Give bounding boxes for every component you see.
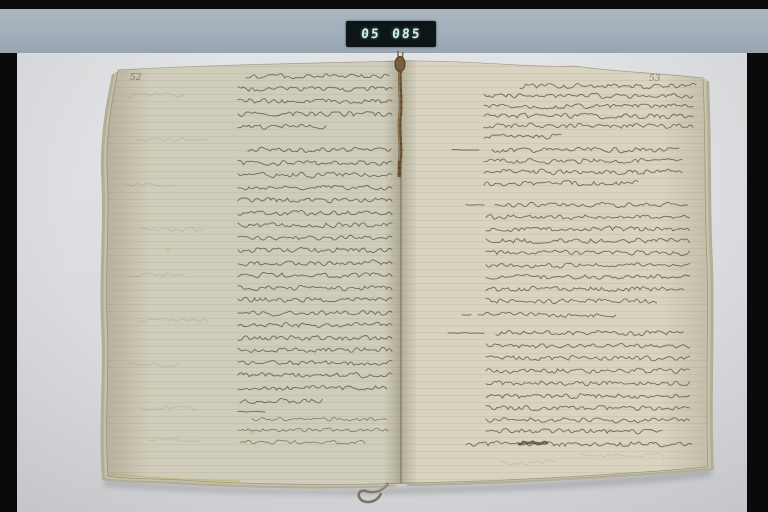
handwriting-stroke	[466, 205, 484, 206]
manuscript-book: 52 53	[0, 0, 768, 512]
handwriting-stroke	[452, 150, 479, 151]
handwriting-stroke	[462, 315, 471, 316]
left-edge-shading	[104, 60, 150, 486]
page-number-right: 53	[649, 74, 661, 84]
photograph: 05 085	[0, 0, 768, 512]
page-number-left: 52	[130, 73, 142, 83]
